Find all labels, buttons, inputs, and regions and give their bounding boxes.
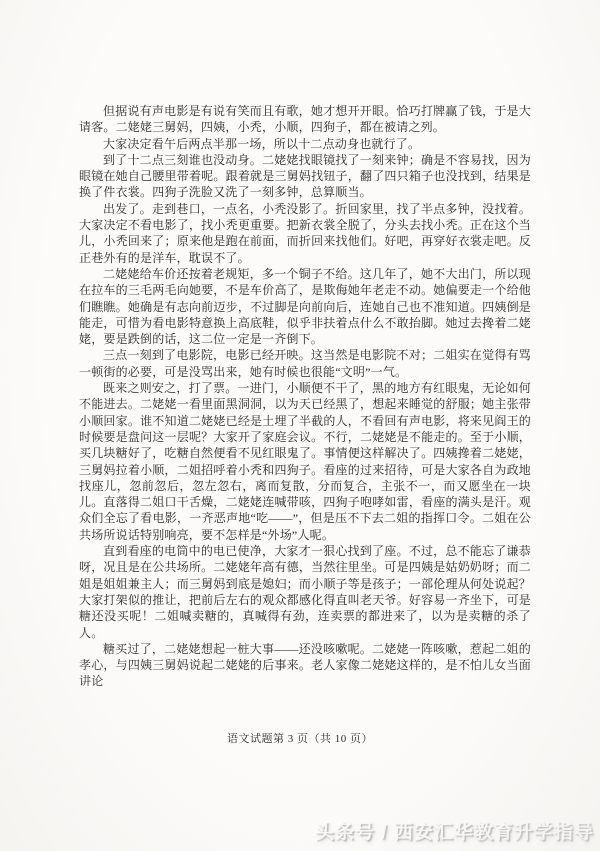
paragraph: 但据说有声电影是有说有笑而且有歌，她才想开开眼。恰巧打牌赢了钱，于是大请客。二姥… <box>79 103 531 136</box>
body-text: 但据说有声电影是有说有笑而且有歌，她才想开开眼。恰巧打牌赢了钱，于是大请客。二姥… <box>79 103 531 690</box>
paragraph: 直到看座的电筒中的电已使净，大家才一狠心找到了座。不过，总不能忘了谦恭呀，况且是… <box>79 543 531 641</box>
paragraph: 二姥姥给车价还按着老规矩，多一个铜子不给。这几年了，她不大出门，所以现在拉车的三… <box>79 266 531 347</box>
paragraph: 大家决定看午后两点半那一场，所以十二点动身也就行了。 <box>79 136 531 152</box>
watermark-text: 头条号 / 西安汇华教育升学指导 <box>315 817 594 844</box>
paragraph: 三点一刻到了电影院，电影已经开映。这当然是电影院不对；二姐实在觉得有骂一顿街的必… <box>79 347 531 380</box>
scan-page: 但据说有声电影是有说有笑而且有歌，她才想开开眼。恰巧打牌赢了钱，于是大请客。二姥… <box>0 0 600 851</box>
paragraph: 出发了。走到巷口，一点名，小秃没影了。折回家里，找了半点多钟，没找着。大家决定不… <box>79 201 531 266</box>
paragraph: 既来之则安之，打了票。一进门，小顺便不干了，黑的地方有红眼鬼，无论如何不能进去。… <box>79 380 531 543</box>
page-footer: 语文试题第 3 页（共 10 页） <box>0 730 600 746</box>
paragraph: 糖买过了，二姥姥想起一桩大事——还没咳嗽呢。二姥姥一阵咳嗽，惹起二姐的孝心，与四… <box>79 641 531 690</box>
paragraph: 到了十二点三刻谁也没动身。二姥姥找眼镜找了一刻来钟；确是不容易找，因为眼镜在她自… <box>79 152 531 201</box>
